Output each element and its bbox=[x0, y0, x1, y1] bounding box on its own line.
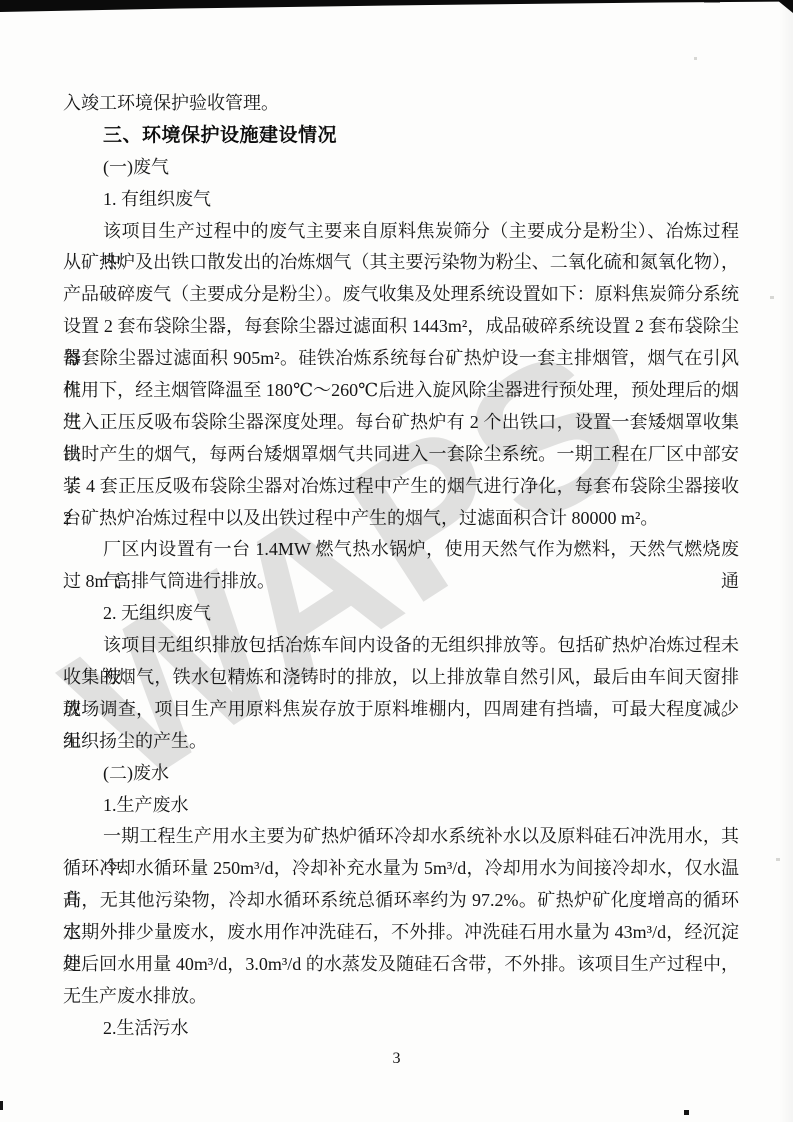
text-line: 了 4 套正压反吸布袋除尘器对冶炼过程中产生的烟气进行净化，每套布袋除尘器接收 … bbox=[63, 471, 739, 503]
text-line: 该项目生产过程中的废气主要来自原料焦炭筛分（主要成分是粉尘）、冶炼过程中 bbox=[63, 216, 739, 248]
subsection-label: 1. 有组织废气 bbox=[63, 184, 739, 216]
subsection-label: 2. 无组织废气 bbox=[63, 598, 739, 630]
text-line: 高，无其他污染物，冷却水循环系统总循环率约为 97.2%。矿热炉矿化度增高的循环… bbox=[63, 885, 739, 917]
text-line: 理后回水用量 40m³/d，3.0m³/d 的水蒸发及随硅石含带，不外排。该项目… bbox=[63, 949, 739, 981]
text-line: 收集的烟气，铁水包精炼和浇铸时的排放，以上排放靠自然引风，最后由车间天窗排放。 bbox=[63, 662, 739, 694]
page-number: 3 bbox=[0, 1050, 793, 1068]
document-body: 入竣工环境保护验收管理。 三、环境保护设施建设情况 (一)废气 1. 有组织废气… bbox=[63, 88, 739, 1045]
text-line: 铁时产生的烟气，每两台矮烟罩烟气共同进入一套除尘系统。一期工程在厂区中部安装 bbox=[63, 439, 739, 471]
scan-speck bbox=[770, 296, 774, 299]
text-line: 从矿热炉及出铁口散发出的冶炼烟气（其主要污染物为粉尘、二氧化硫和氮氧化物）， bbox=[63, 247, 739, 279]
scan-speck bbox=[0, 1101, 3, 1110]
text-line: 一期工程生产用水主要为矿热炉循环冷却水系统补水以及原料硅石冲洗用水，其中 bbox=[63, 821, 739, 853]
text-line: 进入正压反吸布袋除尘器深度处理。每台矿热炉有 2 个出铁口，设置一套矮烟罩收集出 bbox=[63, 407, 739, 439]
subsection-label: (一)废气 bbox=[63, 152, 739, 184]
scan-edge-shade bbox=[779, 0, 793, 1122]
text-line: 入竣工环境保护验收管理。 bbox=[63, 88, 739, 120]
text-line: 作用下，经主烟管降温至 180℃～260℃后进入旋风除尘器进行预处理，预处理后的… bbox=[63, 375, 739, 407]
text-line: 设置 2 套布袋除尘器，每套除尘器过滤面积 1443m²，成品破碎系统设置 2 … bbox=[63, 311, 739, 343]
scan-speck bbox=[694, 57, 697, 60]
scan-speck bbox=[684, 1110, 689, 1115]
scan-speck bbox=[776, 858, 780, 861]
text-line: 定期外排少量废水，废水用作冲洗硅石，不外排。冲洗硅石用水量为 43m³/d，经沉… bbox=[63, 917, 739, 949]
section-heading: 三、环境保护设施建设情况 bbox=[63, 120, 739, 152]
text-line: 该项目无组织排放包括冶炼车间内设备的无组织排放等。包括矿热炉冶炼过程未被 bbox=[63, 630, 739, 662]
text-line: 无生产废水排放。 bbox=[63, 981, 739, 1013]
text-line: 厂区内设置有一台 1.4MW 燃气热水锅炉，使用天然气作为燃料，天然气燃烧废气通 bbox=[63, 534, 739, 566]
text-line: 台矿热炉冶炼过程中以及出铁过程中产生的烟气，过滤面积合计 80000 m²。 bbox=[63, 503, 739, 535]
text-line: 循环冷却水循环量 250m³/d，冷却补充水量为 5m³/d，冷却用水为间接冷却… bbox=[63, 853, 739, 885]
scan-artifact-top-strip bbox=[0, 0, 793, 18]
text-line: 产品破碎废气（主要成分是粉尘）。废气收集及处理系统设置如下：原料焦炭筛分系统 bbox=[63, 279, 739, 311]
subsection-label: (二)废水 bbox=[63, 758, 739, 790]
text-line: 现场调查，项目生产用原料焦炭存放于原料堆棚内，四周建有挡墙，可最大程度减少无 bbox=[63, 694, 739, 726]
subsection-label: 2.生活污水 bbox=[63, 1013, 739, 1045]
scanned-report-page: WAPS 入竣工环境保护验收管理。 三、环境保护设施建设情况 (一)废气 1. … bbox=[0, 0, 793, 1122]
text-line: 每套除尘器过滤面积 905m²。硅铁冶炼系统每台矿热炉设一套主排烟管，烟气在引风… bbox=[63, 343, 739, 375]
subsection-label: 1.生产废水 bbox=[63, 790, 739, 822]
text-line: 组织扬尘的产生。 bbox=[63, 726, 739, 758]
